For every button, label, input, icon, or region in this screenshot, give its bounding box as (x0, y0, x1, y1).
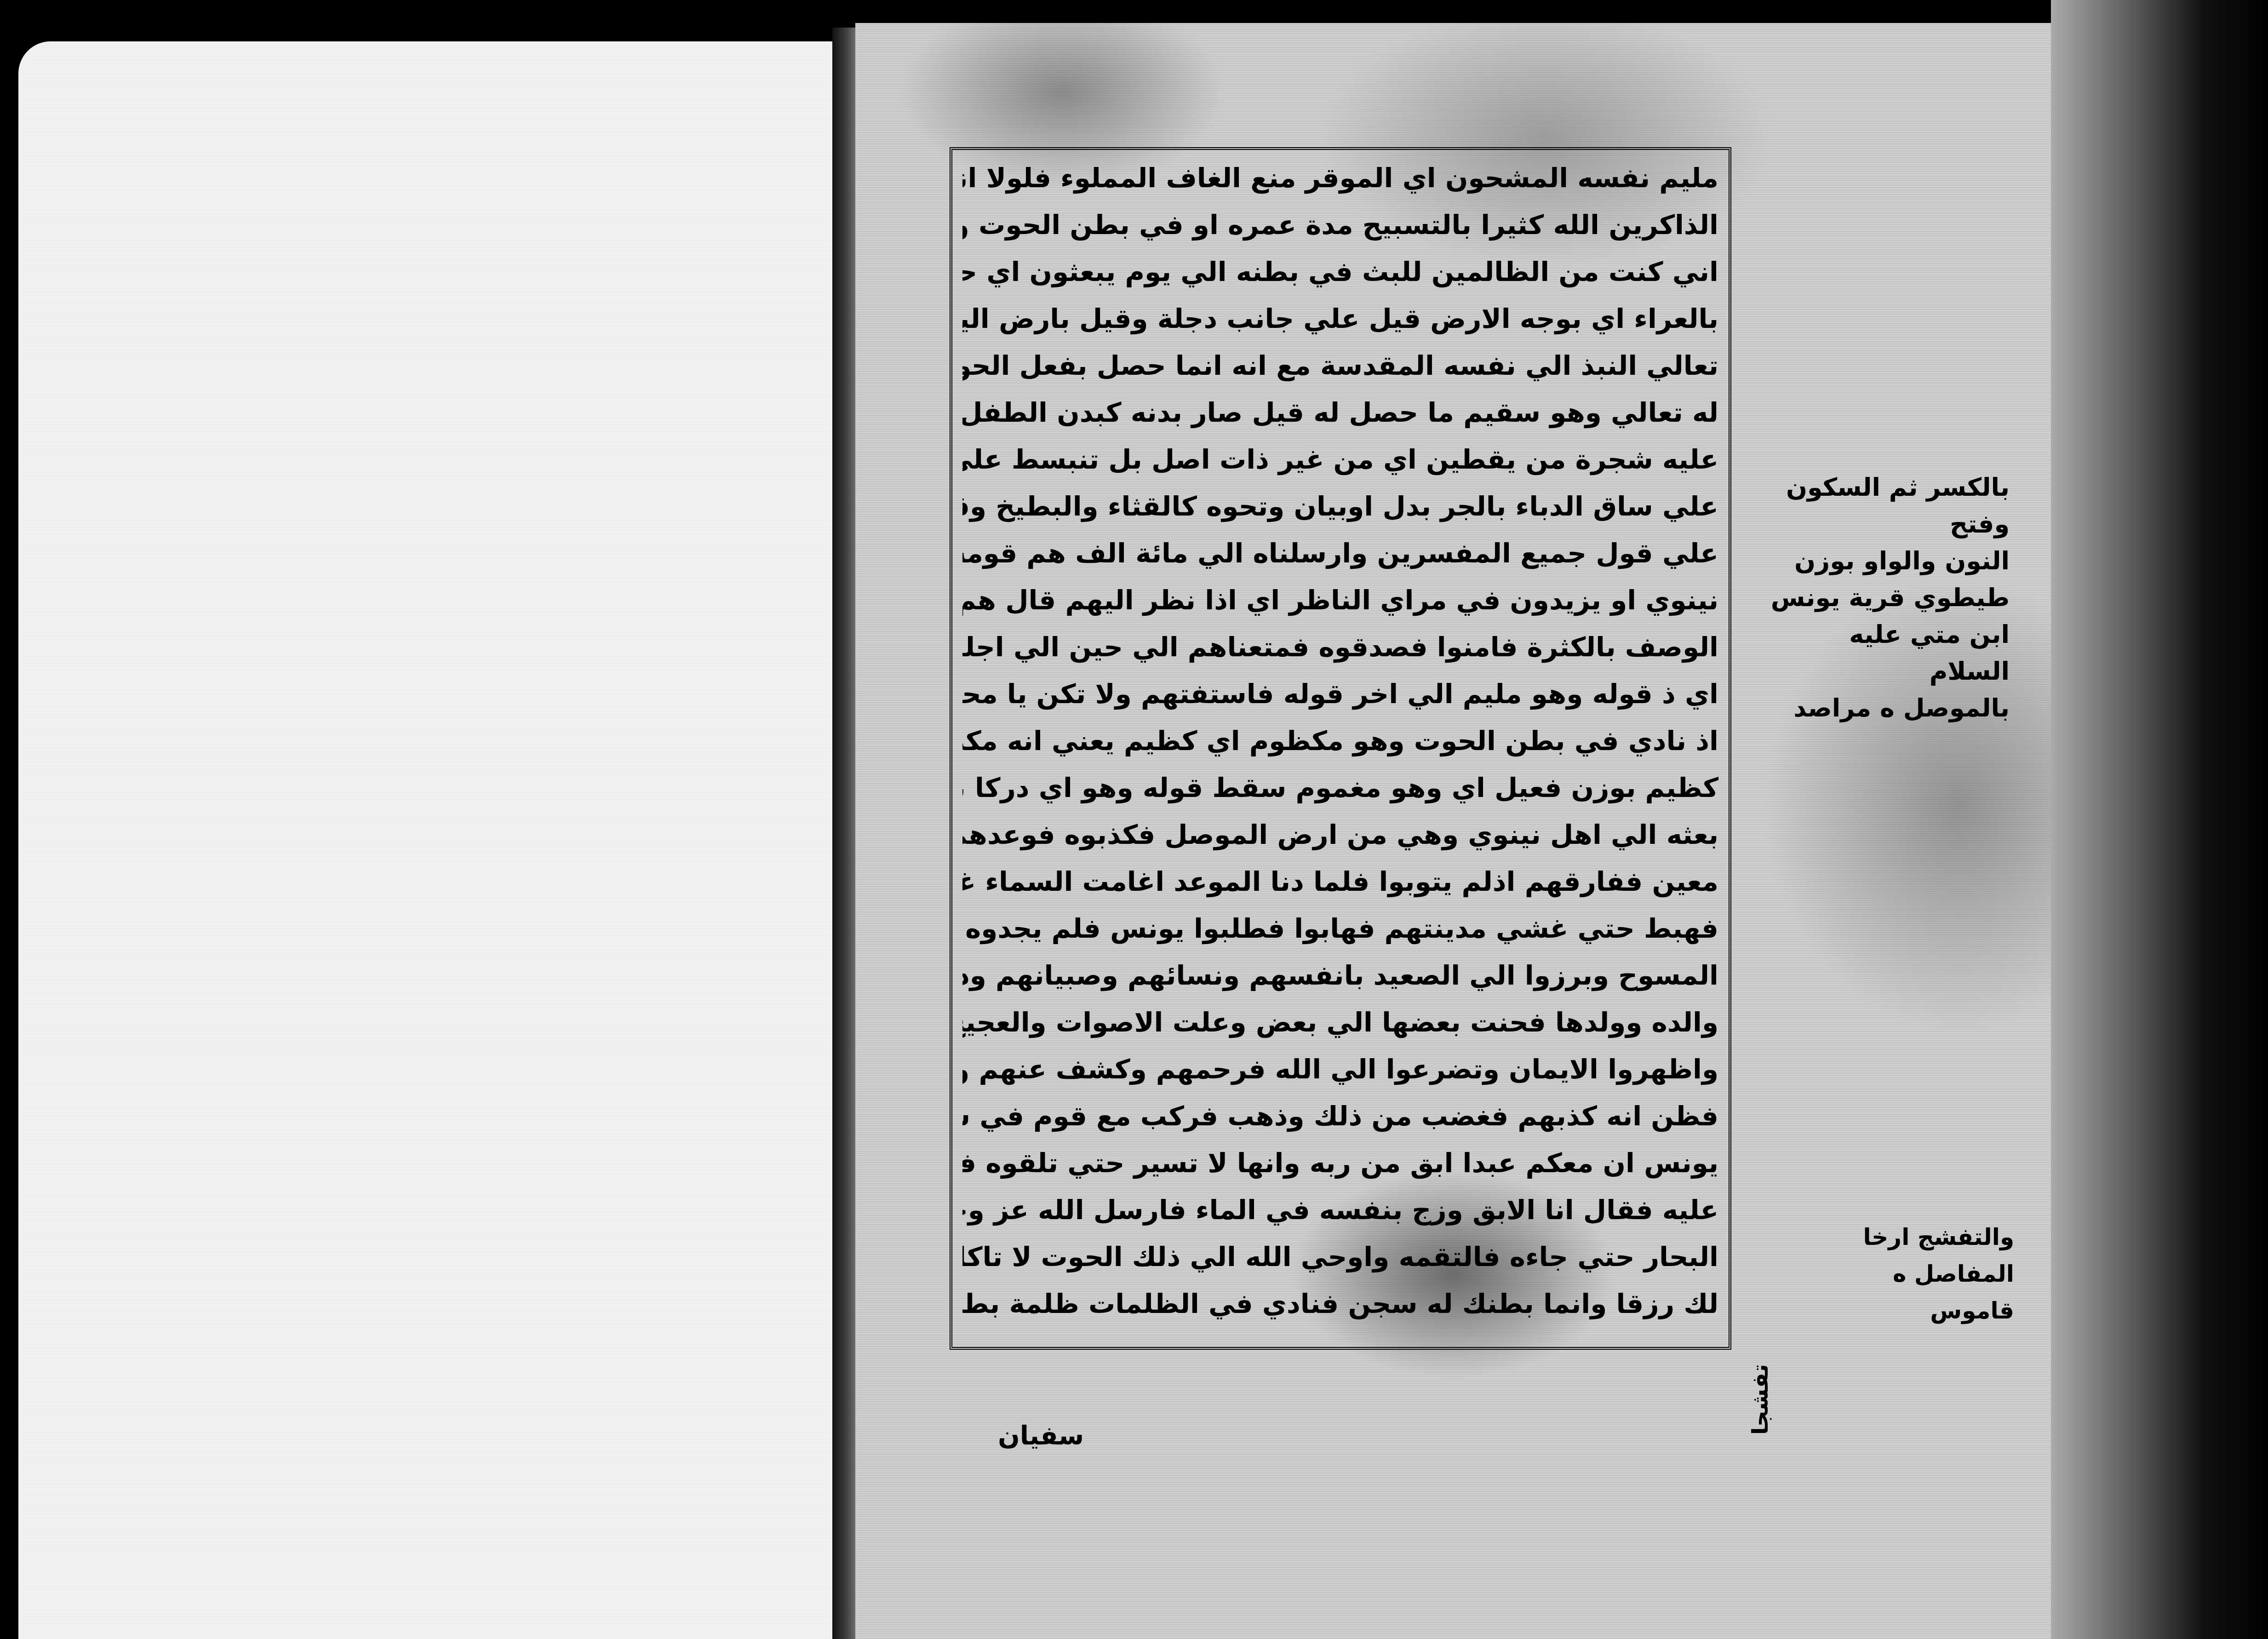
margin-note-lower: والتفشج ارخا المفاصل ه قاموس (1839, 1219, 2014, 1329)
manuscript-text-line: كظيم بوزن فعيل اي وهو مغموم سقط قوله وهو… (962, 764, 1718, 811)
manuscript-text-line: فهبط حتي غشي مدينتهم فهابوا فطلبوا يونس … (962, 905, 1718, 952)
margin-note-upper: بالكسر ثم السكون وفتح النون والواو بوزن … (1761, 469, 2010, 727)
manuscript-text-line: له تعالي وهو سقيم ما حصل له قيل صار بدنه… (962, 389, 1718, 436)
manuscript-text-line: يونس ان معكم عبدا ابق من ربه وانها لا تس… (962, 1140, 1718, 1186)
manuscript-text-line: معين ففارقهم اذلم يتوبوا فلما دنا الموعد… (962, 858, 1718, 905)
manuscript-text-line: مليم نفسه المشحون اي الموقر منع الغاف ال… (962, 155, 1718, 201)
page-edge-shadow (2051, 0, 2268, 1639)
margin-note-line: بالكسر ثم السكون وفتح (1761, 469, 2010, 543)
manuscript-text-line: فظن انه كذبهم فغضب من ذلك وذهب فركب مع ق… (962, 1093, 1718, 1140)
manuscript-text-line: تعالي النبذ الي نفسه المقدسة مع انه انما… (962, 342, 1718, 389)
manuscript-text-line: علي ساق الدباء بالجر بدل اوبيان وتحوه كا… (962, 483, 1718, 530)
catchword: سفيان (998, 1421, 1084, 1451)
manuscript-text-line: عليه فقال انا الابق وزج بنفسه في الماء ف… (962, 1186, 1718, 1233)
main-text-block: مليم نفسه المشحون اي الموقر منع الغاف ال… (950, 147, 1731, 1350)
manuscript-text-line: الوصف بالكثرة فامنوا فصدقوه فمتعناهم الي… (962, 624, 1718, 670)
margin-note-line: ابن متي عليه السلام (1761, 616, 2010, 690)
vertical-margin-note: تفشجا (1747, 1251, 1784, 1435)
manuscript-text-line: واظهروا الايمان وتضرعوا الي الله فرحمهم … (962, 1046, 1718, 1093)
manuscript-text-line: البحار حتي جاءه فالتقمه واوحي الله الي ذ… (962, 1233, 1718, 1280)
margin-note-line: النون والواو بوزن (1761, 543, 2010, 579)
manuscript-text-line: علي قول جميع المفسرين وارسلناه الي مائة … (962, 530, 1718, 577)
manuscript-text-line: لك رزقا وانما بطنك له سجن فنادي في الظلم… (962, 1280, 1718, 1327)
margin-note-line: المفاصل ه قاموس (1839, 1255, 2014, 1329)
manuscript-text-line: المسوح وبرزوا الي الصعيد بانفسهم ونسائهم… (962, 952, 1718, 999)
manuscript-text-line: اي ذ قوله وهو مليم الي اخر قوله فاستفتهم… (962, 670, 1718, 717)
margin-note-line: بالموصل ه مراصد (1761, 690, 2010, 727)
manuscript-text-line: بالعراء اي بوجه الارض قيل علي جانب دجلة … (962, 295, 1718, 342)
blank-left-page (18, 41, 837, 1639)
manuscript-text-line: نينوي او يزيدون في مراي الناظر اي اذا نظ… (962, 577, 1718, 624)
manuscript-text-line: اني كنت من الظالمين للبث في بطنه الي يوم… (962, 248, 1718, 295)
manuscript-text-line: بعثه الي اهل نينوي وهي من ارض الموصل فكذ… (962, 811, 1718, 858)
margin-note-line: والتفشج ارخا (1839, 1219, 2014, 1255)
margin-note-line: طيطوي قرية يونس (1761, 579, 2010, 616)
manuscript-text-line: والده وولدها فحنت بعضها الي بعض وعلت الا… (962, 999, 1718, 1046)
manuscript-text-line: الذاكرين الله كثيرا بالتسبيح مدة عمره او… (962, 201, 1718, 248)
manuscript-text-line: اذ نادي في بطن الحوت وهو مكظوم اي كظيم ي… (962, 717, 1718, 764)
manuscript-text-line: عليه شجرة من يقطين اي من غير ذات اصل بل … (962, 436, 1718, 483)
